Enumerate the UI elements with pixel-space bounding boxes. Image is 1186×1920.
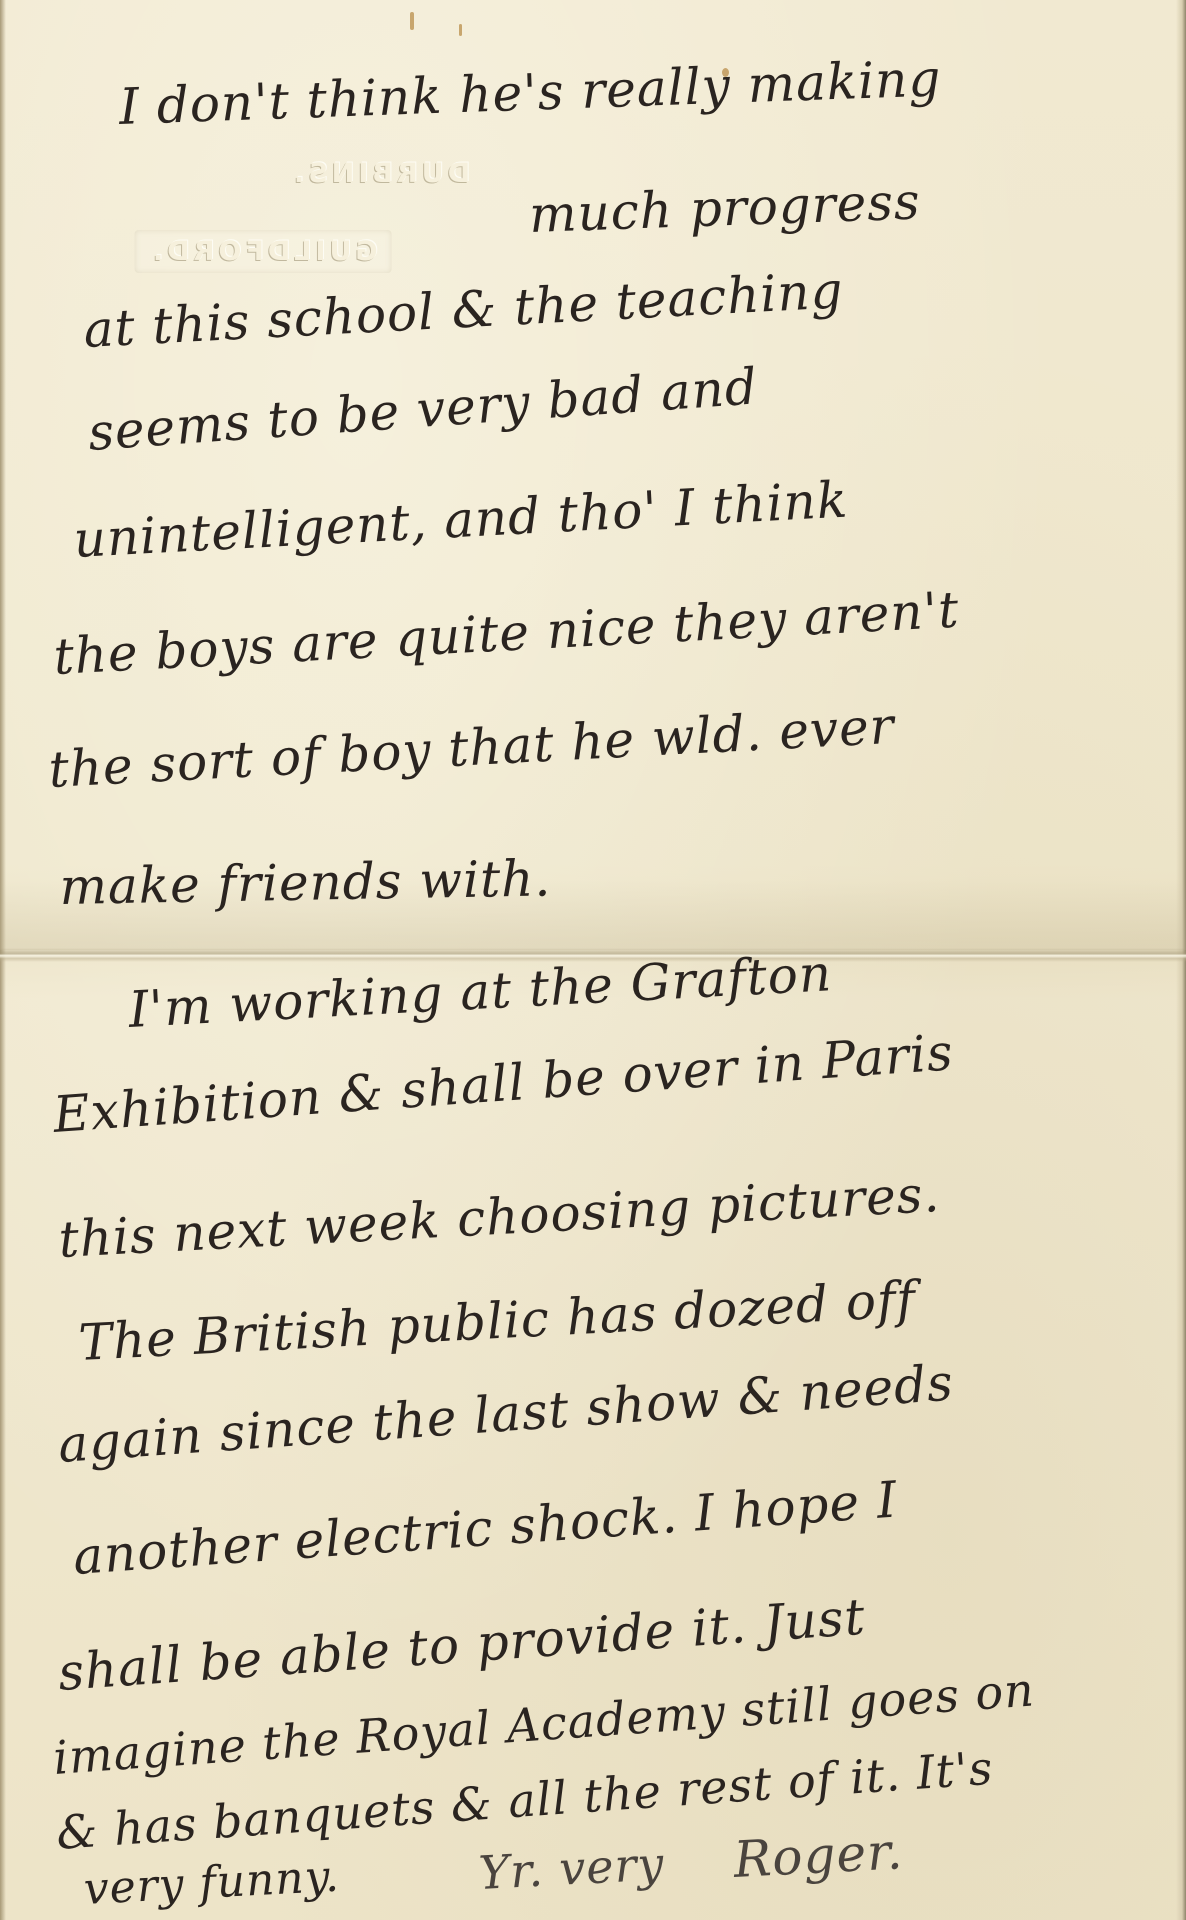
letter-line: again since the last show & needs [57,1358,956,1470]
letter-line: at this school & the teaching [82,265,844,355]
letter-line: the sort of boy that he wld. ever [47,701,895,795]
letter-closing: Yr. very [478,1840,666,1896]
letter-line: the boys are quite nice they aren't [52,585,960,682]
letter-line: The British public has dozed off [77,1274,917,1368]
ink-spot [410,12,414,30]
letterhead-emboss-line1: DURBINS. [290,158,470,189]
letter-line: much progress [528,176,921,240]
letter-line: unintelligent, and tho' I think [72,474,849,565]
letter-page: DURBINS. GUILDFORD. I don't think he's r… [0,0,1186,1920]
letter-line: I don't think he's really making [118,53,942,132]
letter-line: another electric shock. I hope I [72,1474,900,1582]
letter-line: very funny. [83,1855,341,1912]
letter-line: Exhibition & shall be over in Paris [52,1027,955,1140]
ink-spot [459,24,462,36]
letterhead-emboss-line2: GUILDFORD. [135,230,392,273]
letter-line: this next week choosing pictures. [57,1169,941,1265]
letter-line: make friends with. [59,853,552,912]
letter-signature: Roger. [732,1826,904,1885]
letter-line: seems to be very bad and [87,361,760,458]
